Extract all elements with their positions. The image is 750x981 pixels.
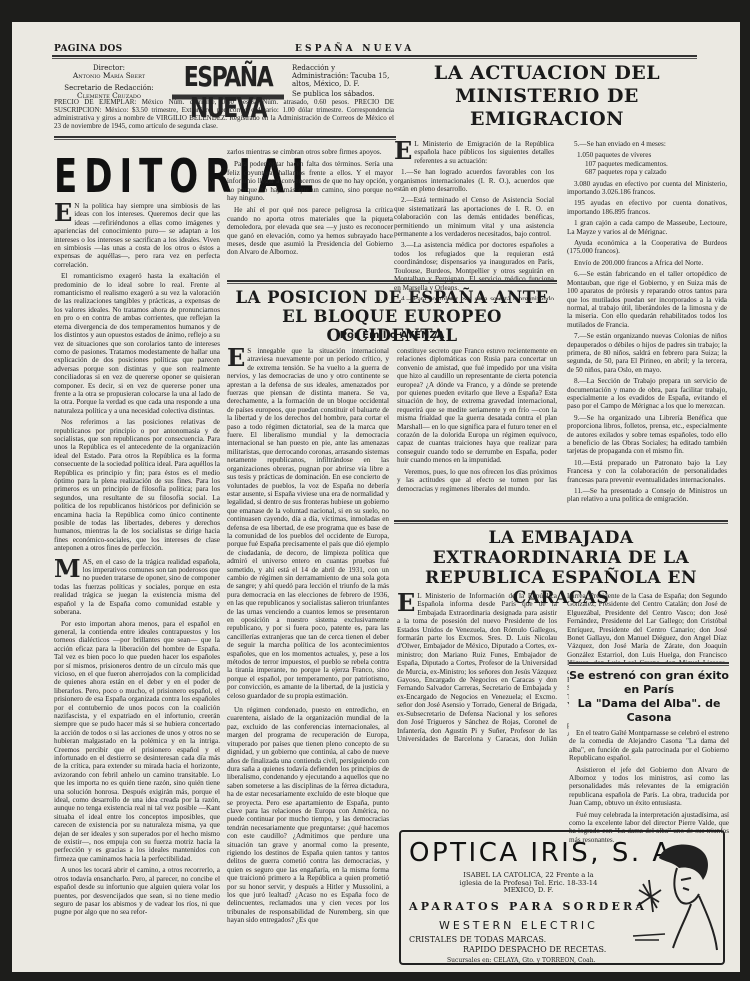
emigration-item: 195 ayudas en efectivo por cuenta donati… (567, 199, 727, 216)
embajada-rule (394, 520, 728, 524)
optica-iris-advertisement: OPTICA IRIS, S. A. ISABEL LA CATOLICA, 2… (399, 830, 725, 965)
emigration-item: Ayuda económica a la Cooperativa de Burd… (567, 239, 727, 256)
paper-name: ESPAÑA NUEVA (295, 44, 414, 54)
header-rule (52, 55, 697, 59)
editorial-paragraph: N la política hay siempre una simbiosis … (54, 202, 220, 269)
emigration-title: LA ACTUACION DEL MINISTERIO DE EMIGRACIO… (397, 62, 697, 131)
posicion-rule (227, 280, 557, 284)
ad-branches: Sucursales en: CELAYA, Gto. y TORREON, C… (447, 957, 596, 964)
casona-article: Se estrenó con gran éxito en París La "D… (569, 662, 729, 830)
posicion-paragraph: S innegable que la situación internacion… (227, 347, 389, 700)
emigration-item: 6.—Se están fabricando en el taller orto… (567, 270, 727, 329)
posicion-paragraph: Un régimen condenado, puesto en entredic… (227, 706, 389, 925)
masthead-staff: Director: Antonio María Sbert Secretario… (54, 64, 164, 100)
emigration-item: 10.—Está preparado un Patronato bajo la … (567, 459, 727, 484)
emigration-item: 5.—Se han enviado en 4 meses: (567, 140, 727, 148)
emigration-item: 687 paquetes ropa y calzado (567, 168, 727, 176)
editorial-rule (54, 136, 396, 140)
emigration-item: 3.—La asistencia médica por doctores esp… (394, 241, 554, 291)
emigration-item: 3.080 ayudas en efectivo por cuenta del … (567, 180, 727, 197)
emigration-item: Envío de 200.000 francos a Africa del No… (567, 259, 727, 267)
ad-prescriptions: RAPIDO DESPACHO DE RECETAS. (463, 945, 606, 954)
casona-title-line-1: Se estrenó con gran éxito en París (569, 669, 729, 697)
ad-address: ISABEL LA CATOLICA, 22 Frente a la igles… (441, 872, 616, 895)
editorial-paragraph: zarlos mientras se cimbran otros sobre f… (227, 148, 393, 156)
drop-cap: E (227, 348, 245, 368)
emigration-column-1: EL Ministerio de Emigración de la Repúbl… (394, 140, 554, 300)
newspaper-page: PAGINA DOS ESPAÑA NUEVA Director: Antoni… (12, 22, 740, 972)
editorial-paragraph: Para poder optar hacen falta dos término… (227, 160, 393, 202)
emigration-intro: L Ministerio de Emigración de la Repúbli… (414, 140, 554, 165)
emigration-column-2: 5.—Se han enviado en 4 meses: 1.050 paqu… (567, 140, 727, 528)
emigration-item: 7.—Se están organizando nuevas Colonias … (567, 332, 727, 374)
masthead-address: Redacción y Administración: Tacuba 15, a… (292, 64, 392, 98)
drop-cap: M (54, 559, 81, 579)
casona-title-line-2: La "Dama del Alba". de Casona (569, 697, 729, 725)
editorial-column-1: EN la política hay siempre una simbiosis… (54, 202, 220, 962)
posicion-column-2: constituye secreto que Franco estuvo rec… (397, 347, 557, 517)
editorial-title: EDITORIAL (54, 150, 219, 204)
editorial-paragraph: Por esto importan ahora menos, para el e… (54, 620, 220, 864)
emigration-item: 1.—Se han logrado acuerdos favorables co… (394, 168, 554, 193)
price-info: PRECIO DE EJEMPLAR: México Núm. corrient… (54, 98, 394, 130)
emigration-item: 9.—Se ha organizado una Librería Benéfic… (567, 414, 727, 456)
editorial-paragraph: A unos les tocará abrir el camino, a otr… (54, 866, 220, 916)
editorial-paragraph: Nos referimos a las posiciones relativas… (54, 418, 220, 553)
drop-cap: E (394, 141, 412, 161)
posicion-byline: Por Emilio AYENZA (225, 330, 559, 341)
editorial-paragraph: He ahí el por qué nos parece peligrosa l… (227, 206, 393, 256)
emigration-item: 2.—Está terminado el Censo de Asistencia… (394, 196, 554, 238)
woman-portrait-icon (629, 840, 721, 960)
posicion-column-1: ES innegable que la situación internacio… (227, 347, 389, 972)
posicion-paragraph: Veremos, pues, lo que nos ofrecen los dí… (397, 468, 557, 493)
emigration-item: 11.—Se ha presentado a Consejo de Minist… (567, 487, 727, 504)
emigration-item: 1 gran cajón a cada campo de Masseube, L… (567, 219, 727, 236)
editorial-paragraph: El romanticismo exageró hasta la exaltac… (54, 272, 220, 415)
casona-paragraph: Asistieron el jefe del Gobierno don Alva… (569, 766, 729, 808)
emigration-item: 8.—La Sección de Trabajo prepara un serv… (567, 377, 727, 411)
posicion-paragraph: constituye secreto que Franco estuvo rec… (397, 347, 557, 465)
casona-top-rule (569, 662, 729, 666)
emigration-item: 1.050 paquetes de víveres (567, 151, 727, 159)
drop-cap: E (54, 203, 72, 223)
ad-address-line: MEXICO, D. F. (441, 887, 616, 895)
director-name: Antonio María Sbert (54, 72, 164, 80)
drop-cap: E (397, 593, 415, 613)
ad-hearing-aids: APARATOS PARA SORDERA (409, 900, 647, 913)
page-label: PAGINA DOS (54, 44, 122, 54)
ad-lenses: CRISTALES DE TODAS MARCAS. (409, 935, 546, 944)
editorial-column-2: zarlos mientras se cimbran otros sobre f… (227, 148, 393, 278)
publication-day: Se publica los sábados. (292, 90, 392, 98)
casona-paragraph: En el teatro Gaîté Montparnasse se celeb… (569, 729, 729, 763)
address-text: Redacción y Administración: Tacuba 15, a… (292, 64, 392, 88)
emigration-item: 107 paquetes medicamentos. (567, 160, 727, 168)
masthead-logo: ESPAÑA NUEVA (172, 62, 284, 100)
ad-western-electric: WESTERN ELECTRIC (439, 919, 598, 932)
